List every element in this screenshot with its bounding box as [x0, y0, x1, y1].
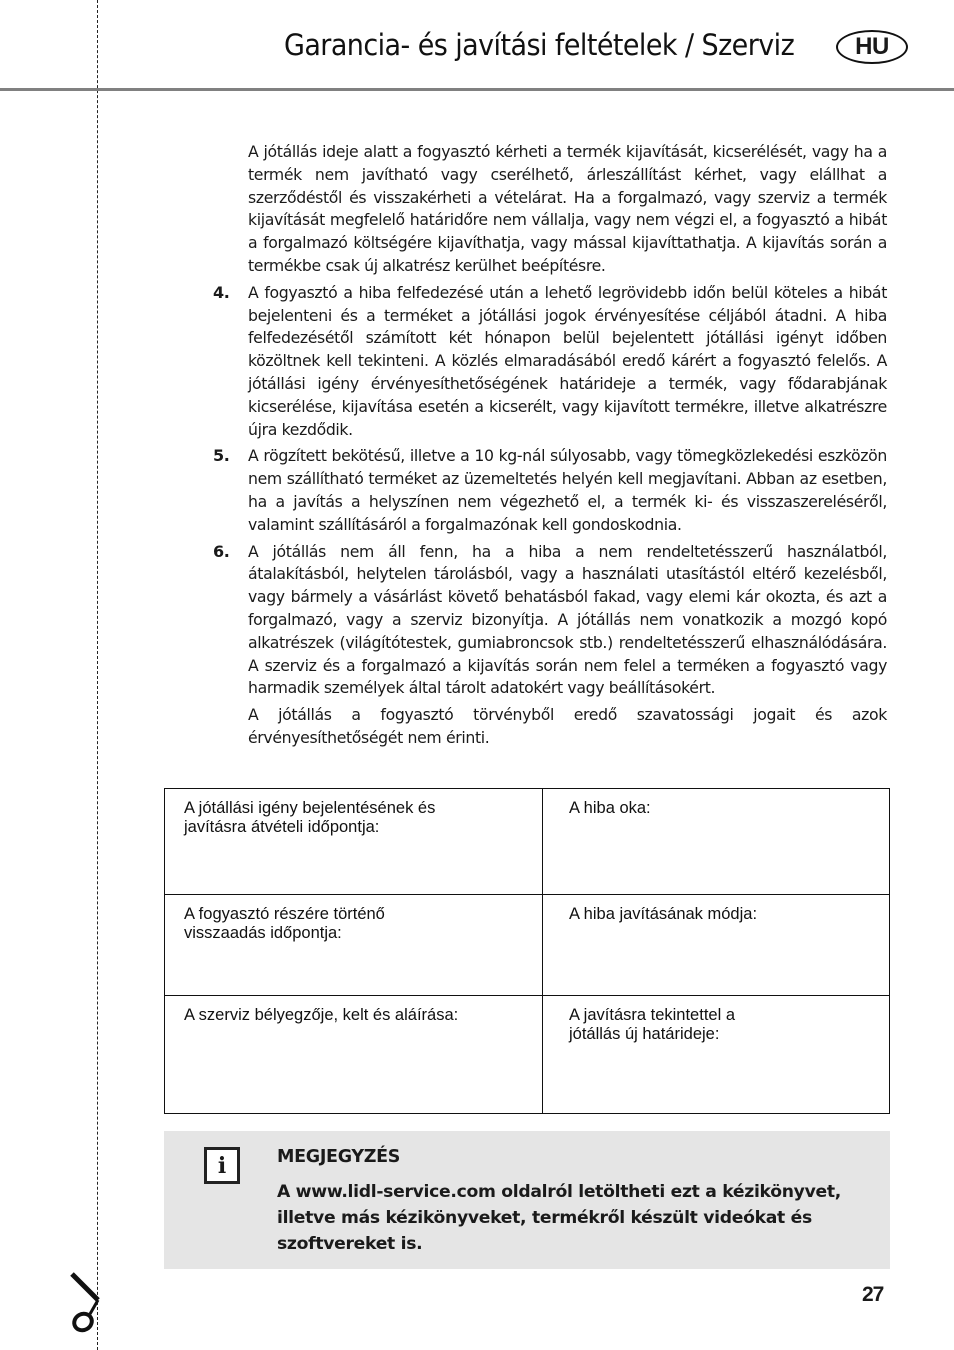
- item-text: A rögzített bekötésű, illetve a 10 kg-ná…: [248, 445, 887, 536]
- warranty-text: A jótállás ideje alatt a fogyasztó kérhe…: [248, 141, 887, 754]
- item-text: A fogyasztó a hiba felfedezésé után a le…: [248, 282, 887, 442]
- note-text: A www.lidl-service.com oldalról letölthe…: [277, 1179, 877, 1257]
- form-field-return-date[interactable]: A fogyasztó részére történő visszaadás i…: [165, 895, 543, 996]
- closing-paragraph: A jótállás a fogyasztó törvényből eredő …: [248, 704, 887, 750]
- form-field-fault-cause[interactable]: A hiba oka:: [543, 789, 890, 895]
- form-field-service-stamp[interactable]: A szerviz bélyegzője, kelt és aláírása:: [165, 996, 543, 1114]
- item-number: 4.: [213, 282, 230, 305]
- item-number: 5.: [213, 445, 230, 468]
- page-title: Garancia- és javítási feltételek / Szerv…: [284, 28, 794, 62]
- language-badge: HU: [836, 30, 908, 64]
- info-icon: i: [204, 1147, 240, 1184]
- form-row: A szerviz bélyegzője, kelt és aláírása: …: [165, 996, 890, 1114]
- page-number: 27: [862, 1283, 883, 1307]
- scissors-icon: [68, 1270, 104, 1336]
- form-field-claim-date[interactable]: A jótállási igény bejelentésének és javí…: [165, 789, 543, 895]
- form-field-repair-method[interactable]: A hiba javításának módja:: [543, 895, 890, 996]
- note-box: i MEGJEGYZÉS A www.lidl-service.com olda…: [164, 1131, 890, 1269]
- intro-paragraph: A jótállás ideje alatt a fogyasztó kérhe…: [248, 141, 887, 278]
- list-item: 4. A fogyasztó a hiba felfedezésé után a…: [248, 282, 887, 442]
- note-title: MEGJEGYZÉS: [277, 1147, 400, 1167]
- warranty-form-table: A jótállási igény bejelentésének és javí…: [164, 788, 890, 1114]
- form-field-new-deadline[interactable]: A javításra tekintettel a jótállás új ha…: [543, 996, 890, 1114]
- cut-line: [97, 0, 98, 1350]
- list-item: 5. A rögzített bekötésű, illetve a 10 kg…: [248, 445, 887, 536]
- list-item: 6. A jótállás nem áll fenn, ha a hiba a …: [248, 541, 887, 701]
- header-divider: [0, 88, 954, 91]
- form-row: A fogyasztó részére történő visszaadás i…: [165, 895, 890, 996]
- item-number: 6.: [213, 541, 230, 564]
- item-text: A jótállás nem áll fenn, ha a hiba a nem…: [248, 541, 887, 701]
- form-row: A jótállási igény bejelentésének és javí…: [165, 789, 890, 895]
